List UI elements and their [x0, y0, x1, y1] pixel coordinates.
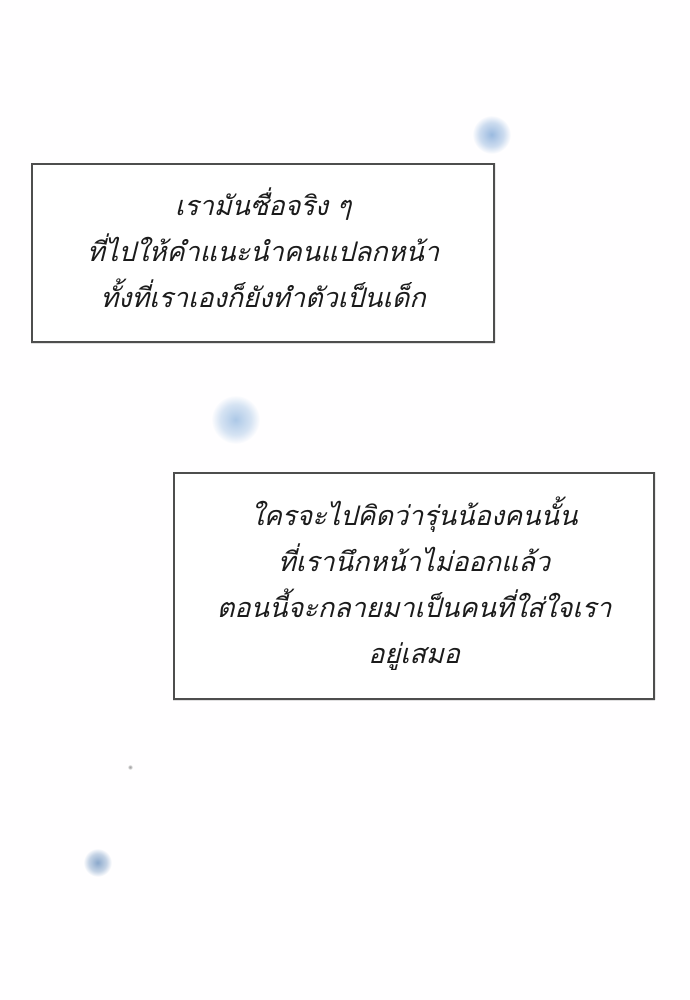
narration-line: อยู่เสมอ — [368, 632, 460, 678]
sparkle-dot-bottom — [84, 849, 112, 877]
narration-line: ตอนนี้จะกลายมาเป็นคนที่ใส่ใจเรา — [217, 586, 612, 632]
narration-line: เรามันซื่อจริง ๆ — [175, 184, 351, 230]
narration-box-1: เรามันซื่อจริง ๆ ที่ไปให้คำแนะนำคนแปลกหน… — [31, 163, 495, 343]
comic-page: เรามันซื่อจริง ๆ ที่ไปให้คำแนะนำคนแปลกหน… — [0, 0, 690, 1000]
narration-box-2: ใครจะไปคิดว่ารุ่นน้องคนนั้น ที่เรานึกหน้… — [173, 472, 655, 700]
narration-line: ที่เรานึกหน้าไม่ออกแล้ว — [278, 540, 550, 586]
narration-line: ทั้งที่เราเองก็ยังทำตัวเป็นเด็ก — [100, 276, 425, 322]
dust-speck — [128, 765, 133, 770]
narration-line: ใครจะไปคิดว่ารุ่นน้องคนนั้น — [251, 494, 578, 540]
sparkle-dot-middle — [212, 396, 260, 444]
narration-line: ที่ไปให้คำแนะนำคนแปลกหน้า — [87, 230, 439, 276]
sparkle-dot-top — [473, 116, 511, 154]
